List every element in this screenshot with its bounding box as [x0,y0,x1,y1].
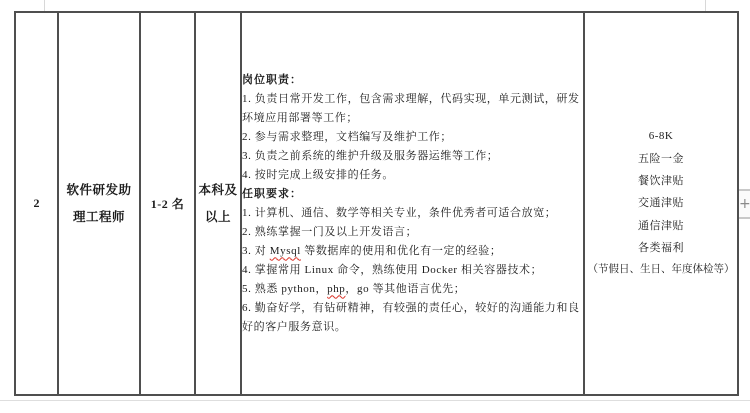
requirement-line: 5. 熟悉 python，php，go 等其他语言优先； [242,280,583,299]
responsibility-line: 4. 按时完成上级安排的任务。 [242,166,583,185]
responsibilities-title: 岗位职责： [242,71,583,90]
requirement-text: 1. 计算机、通信、数学等相关专业，条件优秀者可适合放宽； [242,207,556,219]
table-row: 2 软件研发助 理工程师 1-2 名 本科及 以上 岗位职责： 1. 负责日常开… [15,12,738,395]
salary-range: 6-8K [585,125,737,147]
responsibility-line: 1. 负责日常开发工作，包含需求理解，代码实现，单元测试，研发 [242,90,583,109]
requirement-text: 3. 对 [242,245,270,257]
requirement-text: ，go 等其他语言优先； [345,283,465,295]
requirement-line: 3. 对 Mysql 等数据库的使用和优化有一定的经验； [242,242,583,261]
document-page: 2 软件研发助 理工程师 1-2 名 本科及 以上 岗位职责： 1. 负责日常开… [0,0,750,413]
benefit-item: 各类福利 [585,237,737,259]
cell-salary-benefits: 6-8K 五险一金 餐饮津贴 交通津贴 通信津贴 各类福利 （节假日、生日、年度… [584,12,738,395]
requirements-title: 任职要求： [242,185,583,204]
requirement-text: 5. 熟悉 python， [242,283,327,295]
row-number: 2 [16,196,57,211]
expand-plus-button[interactable]: + [739,189,750,219]
benefit-item: 交通津贴 [585,192,737,214]
requirement-text: 4. 掌握常用 Linux 命令，熟练使用 Docker 相关容器技术； [242,264,542,276]
table-bottom-shadow [0,400,750,401]
spellcheck-word: Mysql [270,245,301,257]
responsibility-line: 3. 负责之前系统的维护升级及服务器运维等工作； [242,147,583,166]
benefit-item: 通信津贴 [585,215,737,237]
requirement-text: 好的客户服务意识。 [242,321,346,333]
job-posting-table: 2 软件研发助 理工程师 1-2 名 本科及 以上 岗位职责： 1. 负责日常开… [14,11,739,396]
education-requirement: 本科及 以上 [196,177,240,231]
requirement-line: 1. 计算机、通信、数学等相关专业，条件优秀者可适合放宽； [242,204,583,223]
requirement-line: 2. 熟练掌握一门及以上开发语言； [242,223,583,242]
headcount: 1-2 名 [141,195,194,212]
cell-row-number: 2 [15,12,58,395]
requirement-line: 好的客户服务意识。 [242,318,583,337]
cell-job-description: 岗位职责： 1. 负责日常开发工作，包含需求理解，代码实现，单元测试，研发 环境… [241,12,584,395]
responsibility-line: 2. 参与需求整理，文档编写及维护工作； [242,128,583,147]
cell-position-title: 软件研发助 理工程师 [58,12,140,395]
requirement-text: 6. 勤奋好学，有钻研精神，有较强的责任心，较好的沟通能力和良 [242,302,580,314]
responsibility-line: 环境应用部署等工作； [242,109,583,128]
requirement-line: 6. 勤奋好学，有钻研精神，有较强的责任心，较好的沟通能力和良 [242,299,583,318]
cell-education: 本科及 以上 [195,12,241,395]
requirement-line: 4. 掌握常用 Linux 命令，熟练使用 Docker 相关容器技术； [242,261,583,280]
benefit-item: 五险一金 [585,148,737,170]
position-title: 软件研发助 理工程师 [59,177,139,231]
requirement-text: 2. 熟练掌握一门及以上开发语言； [242,226,417,238]
requirement-text: 等数据库的使用和优化有一定的经验； [301,245,502,257]
cell-headcount: 1-2 名 [140,12,195,395]
benefit-item: 餐饮津贴 [585,170,737,192]
spellcheck-word: php [327,283,345,295]
benefit-note: （节假日、生日、年度体检等） [585,259,737,281]
